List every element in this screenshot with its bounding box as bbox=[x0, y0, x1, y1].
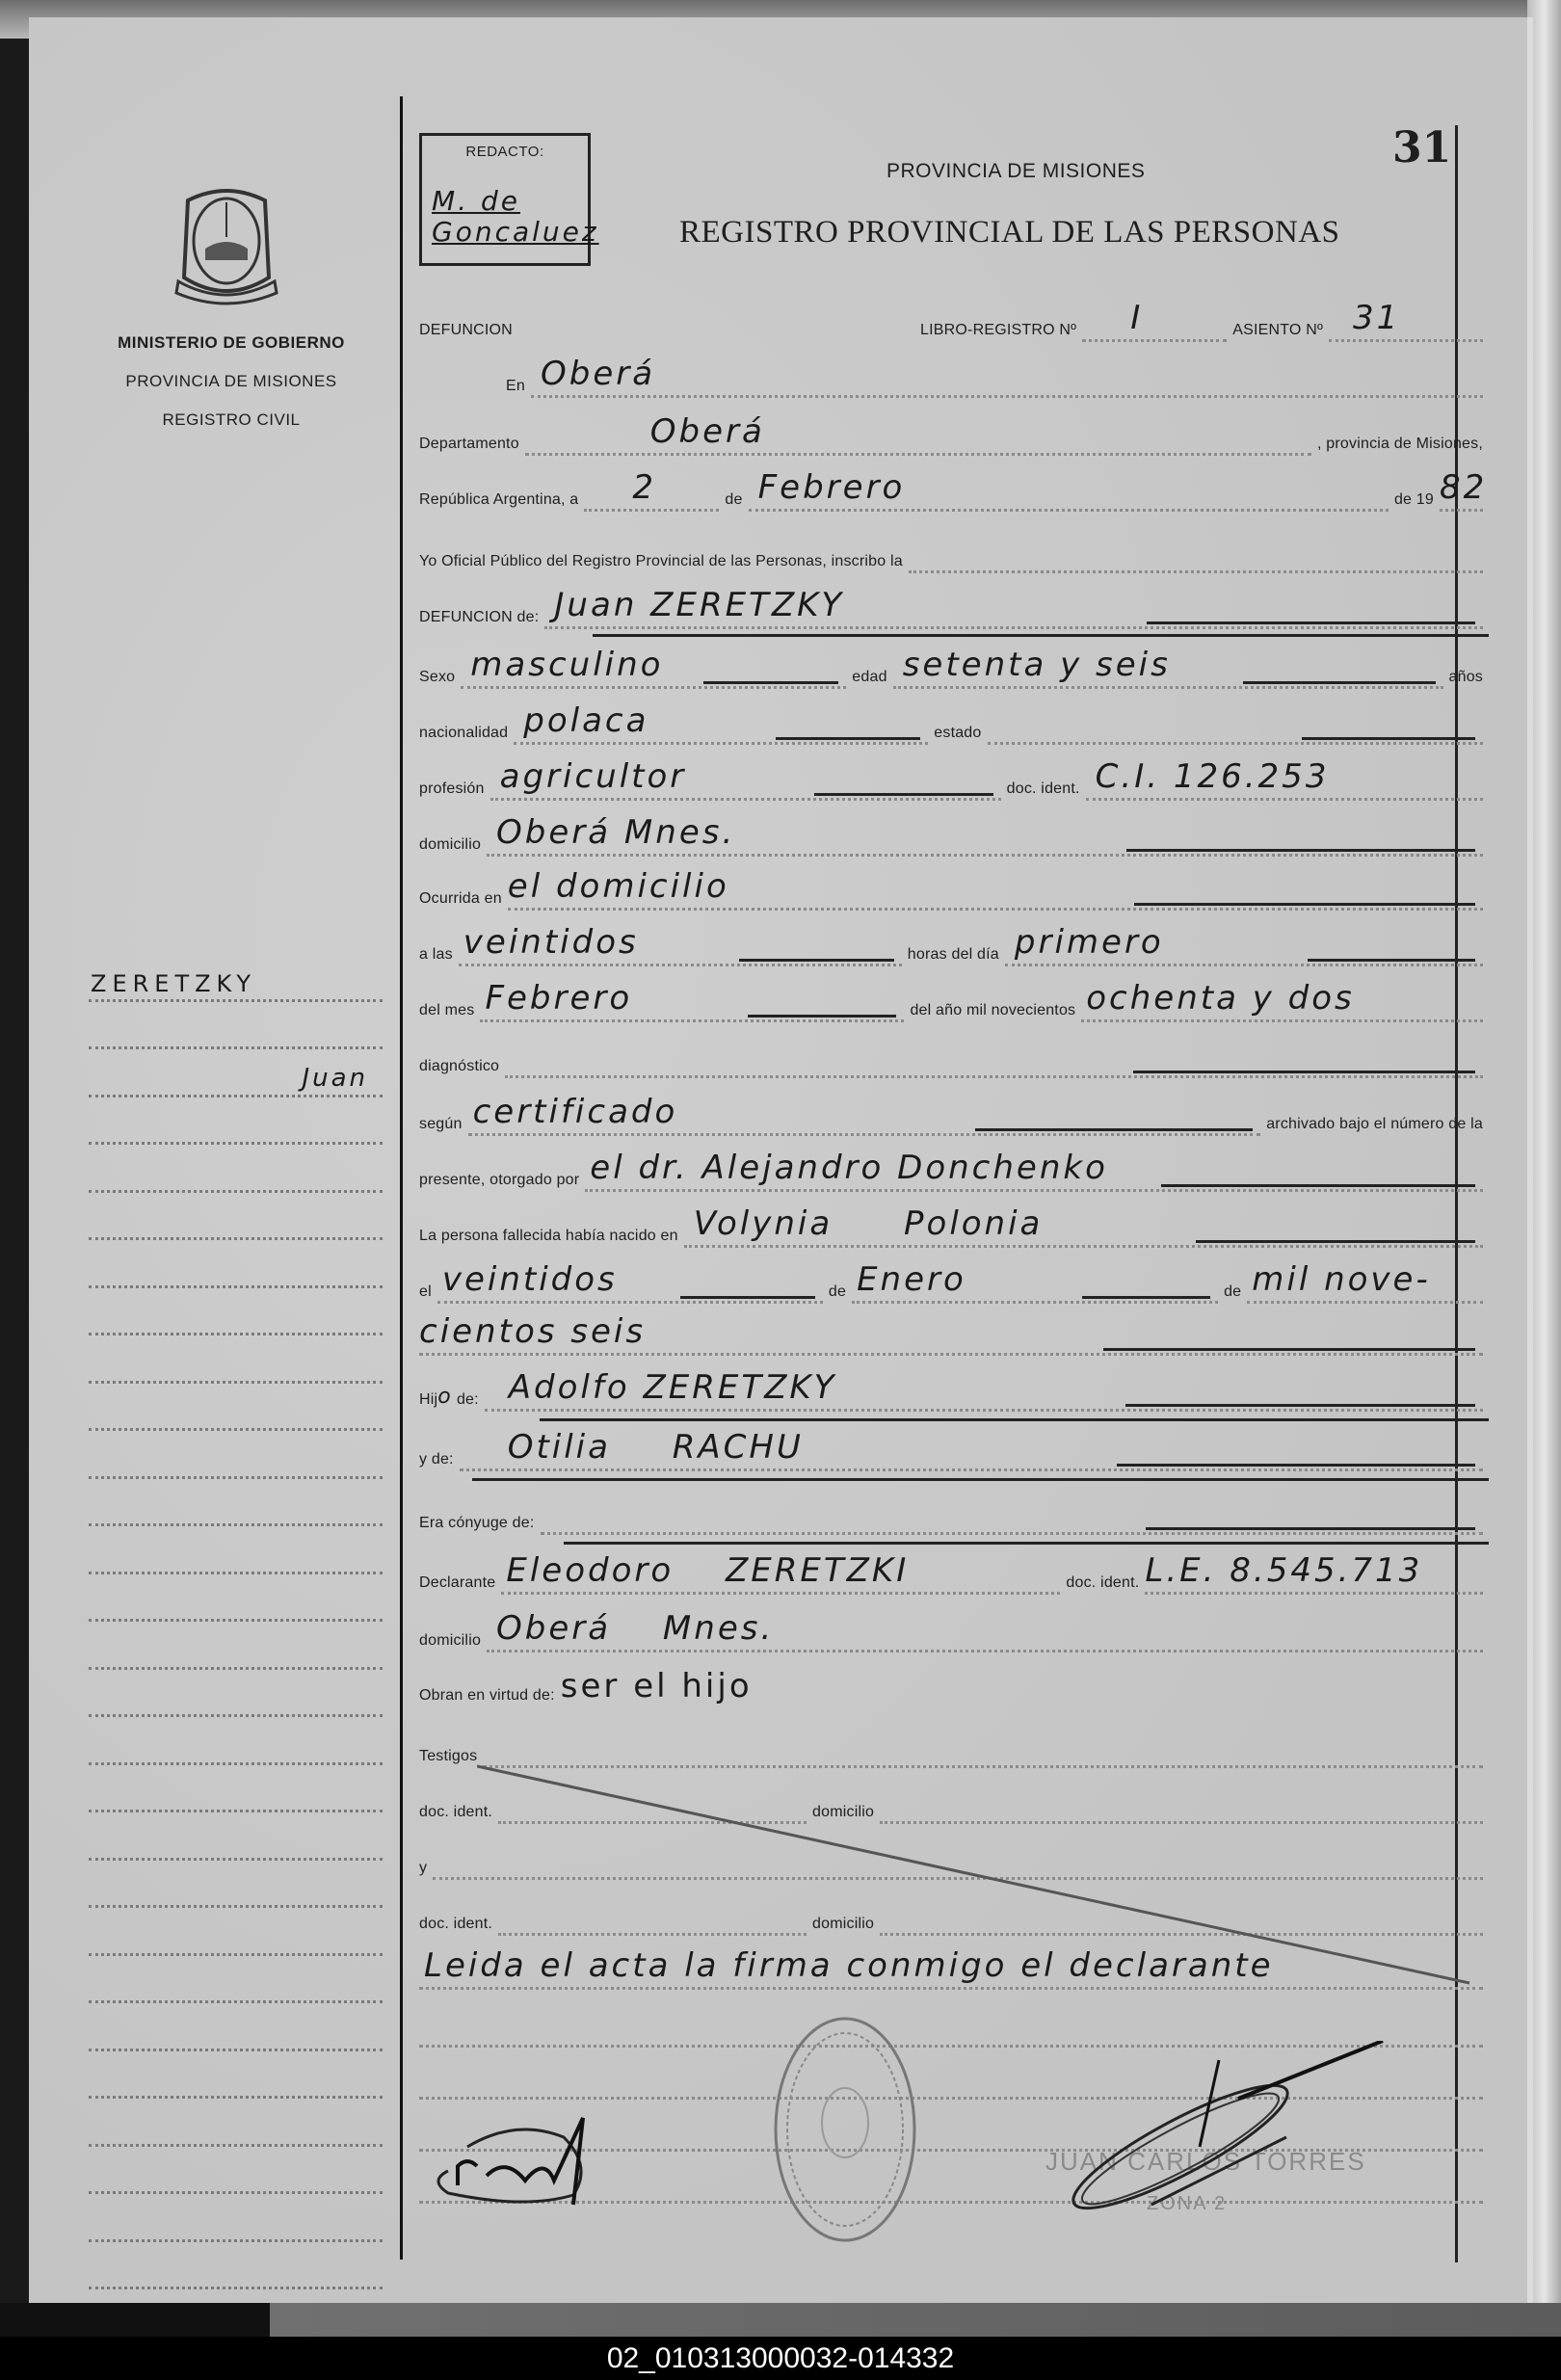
de-label-2: de bbox=[829, 1283, 846, 1304]
declarante-domicilio-label: domicilio bbox=[419, 1632, 481, 1653]
row-closing: Leida el acta la firma conmigo el declar… bbox=[419, 1954, 1489, 1990]
row-padre: Hij o de: Adolfo ZERETZKY bbox=[419, 1376, 1489, 1412]
margin-notes: ZERETZKY Juan bbox=[89, 954, 383, 2289]
margin-line bbox=[89, 1526, 383, 1574]
double-rule bbox=[540, 1418, 1489, 1421]
register-page: MINISTERIO DE GOBIERNO PROVINCIA DE MISI… bbox=[29, 17, 1533, 2309]
declarante-label: Declarante bbox=[419, 1574, 495, 1595]
row-nacimiento-ano-cont: cientos seis bbox=[419, 1320, 1489, 1356]
double-rule bbox=[564, 1542, 1489, 1545]
ministry-name: MINISTERIO DE GOBIERNO bbox=[87, 324, 376, 362]
redacto-label: REDACTO: bbox=[422, 144, 588, 160]
margin-line bbox=[89, 1193, 383, 1241]
obran-label: Obran en virtud de: bbox=[419, 1687, 555, 1707]
hijo-label: Hij bbox=[419, 1391, 437, 1412]
margin-line bbox=[89, 1670, 383, 1718]
madre-field[interactable]: Otilia RACHU bbox=[460, 1436, 1483, 1471]
row-madre: y de: Otilia RACHU bbox=[419, 1436, 1489, 1471]
de-label-3: de bbox=[1224, 1283, 1241, 1304]
profesion-label: profesión bbox=[419, 780, 485, 801]
doc-ident-field[interactable]: C.I. 126.253 bbox=[1086, 765, 1483, 801]
intro-text: Yo Oficial Público del Registro Provinci… bbox=[419, 553, 903, 573]
row-fecha: República Argentina, a 2 de Febrero de 1… bbox=[419, 476, 1489, 512]
sexo-label: Sexo bbox=[419, 669, 455, 689]
asiento-label: ASIENTO Nº bbox=[1232, 322, 1323, 342]
margin-given-name: Juan bbox=[302, 1064, 368, 1093]
declarante-doc-field[interactable]: L.E. 8.545.713 bbox=[1145, 1559, 1483, 1595]
y-label: y bbox=[419, 1860, 427, 1880]
hora-field[interactable]: veintidos bbox=[459, 931, 902, 966]
edad-label: edad bbox=[852, 669, 886, 689]
redacto-box: REDACTO: M. de Goncaluez bbox=[419, 133, 591, 266]
domicilio-label: domicilio bbox=[419, 836, 481, 857]
month-field[interactable]: Febrero bbox=[749, 476, 1389, 512]
ocurrida-label: Ocurrida en bbox=[419, 890, 502, 911]
margin-line bbox=[89, 1861, 383, 1909]
profesion-field[interactable]: agricultor bbox=[490, 765, 1001, 801]
declarante-domicilio-field[interactable]: Oberá Mnes. bbox=[487, 1617, 1483, 1653]
row-departamento: Departamento Oberá , provincia de Mision… bbox=[419, 420, 1489, 456]
page-number: 31 bbox=[1392, 123, 1451, 172]
coat-of-arms-icon bbox=[169, 181, 284, 306]
margin-line bbox=[89, 2242, 383, 2290]
a-las-label: a las bbox=[419, 946, 453, 966]
day-field[interactable]: 2 bbox=[584, 476, 719, 512]
image-id-footer: 02_010313000032-014332 bbox=[0, 2337, 1561, 2380]
ministry-block: MINISTERIO DE GOBIERNO PROVINCIA DE MISI… bbox=[87, 324, 376, 439]
edad-field[interactable]: setenta y seis bbox=[893, 653, 1443, 689]
ano-field[interactable]: ochenta y dos bbox=[1081, 987, 1483, 1022]
hijo-de-label: de: bbox=[457, 1391, 479, 1412]
official-seal-icon bbox=[768, 2012, 922, 2248]
libro-label: LIBRO-REGISTRO Nº bbox=[920, 322, 1076, 342]
nacionalidad-field[interactable]: polaca bbox=[514, 709, 928, 745]
nac-dia-field[interactable]: veintidos bbox=[437, 1268, 823, 1304]
margin-line bbox=[89, 2099, 383, 2147]
declarante-doc-label: doc. ident. bbox=[1066, 1574, 1139, 1595]
row-defuncion-de: DEFUNCION de: Juan ZERETZKY bbox=[419, 594, 1489, 629]
de-label: de bbox=[725, 491, 742, 512]
margin-line bbox=[89, 2003, 383, 2051]
departamento-label: Departamento bbox=[419, 436, 519, 456]
dia-field[interactable]: primero bbox=[1005, 931, 1483, 966]
padre-field[interactable]: Adolfo ZERETZKY bbox=[485, 1376, 1483, 1412]
declarant-signature-icon bbox=[429, 2089, 612, 2214]
row-nacido-en: La persona fallecida había nacido en Vol… bbox=[419, 1212, 1489, 1248]
row-conyuge: Era cónyuge de: bbox=[419, 1499, 1489, 1535]
libro-field[interactable]: I bbox=[1082, 306, 1227, 342]
row-presente: presente, otorgado por el dr. Alejandro … bbox=[419, 1156, 1489, 1192]
mes-field[interactable]: Febrero bbox=[480, 987, 904, 1022]
intro-dotted-line bbox=[909, 538, 1483, 573]
margin-line bbox=[89, 1240, 383, 1288]
death-record-form: REDACTO: M. de Goncaluez PROVINCIA DE MI… bbox=[419, 17, 1489, 2309]
nacionalidad-label: nacionalidad bbox=[419, 725, 508, 745]
nacido-en-label: La persona fallecida había nacido en bbox=[419, 1228, 678, 1248]
row-nacimiento-fecha: el veintidos de Enero de mil nove- bbox=[419, 1268, 1489, 1304]
row-obran: Obran en virtud de: ser el hijo bbox=[419, 1675, 1489, 1707]
year-prefix: de 19 bbox=[1394, 491, 1434, 512]
margin-line bbox=[89, 1717, 383, 1765]
estado-field[interactable] bbox=[988, 709, 1483, 745]
act-type-label: DEFUNCION bbox=[419, 322, 513, 342]
margin-line bbox=[89, 1431, 383, 1479]
estado-label: estado bbox=[934, 725, 981, 745]
domicilio-field[interactable]: Oberá Mnes. bbox=[487, 821, 1483, 857]
row-libro: DEFUNCION LIBRO-REGISTRO Nº I ASIENTO Nº… bbox=[419, 306, 1489, 342]
segun-label: según bbox=[419, 1116, 463, 1136]
official-signature-icon bbox=[1017, 2041, 1402, 2214]
margin-line bbox=[89, 1145, 383, 1193]
closing-field[interactable]: Leida el acta la firma conmigo el declar… bbox=[419, 1954, 1483, 1990]
margin-line bbox=[89, 1384, 383, 1432]
defuncion-de-label: DEFUNCION de: bbox=[419, 609, 539, 629]
del-mes-label: del mes bbox=[419, 1002, 474, 1022]
margin-line bbox=[89, 2194, 383, 2242]
sexo-field[interactable]: masculino bbox=[461, 653, 846, 689]
hijo-suffix: o bbox=[437, 1385, 451, 1412]
anos-label: años bbox=[1449, 669, 1484, 689]
row-mes-ano: del mes Febrero del año mil novecientos … bbox=[419, 987, 1489, 1022]
row-intro: Yo Oficial Público del Registro Provinci… bbox=[419, 538, 1489, 573]
conyuge-field[interactable] bbox=[541, 1499, 1483, 1535]
row-diagnostico: diagnóstico bbox=[419, 1043, 1489, 1078]
row-domicilio: domicilio Oberá Mnes. bbox=[419, 821, 1489, 857]
provincia-suffix: , provincia de Misiones, bbox=[1317, 436, 1483, 456]
year-field[interactable]: 82 bbox=[1440, 476, 1483, 512]
nac-ano-field[interactable]: mil nove- bbox=[1247, 1268, 1483, 1304]
row-en: En Oberá bbox=[419, 362, 1489, 398]
conyuge-label: Era cónyuge de: bbox=[419, 1515, 535, 1535]
nac-mes-field[interactable]: Enero bbox=[852, 1268, 1218, 1304]
registry-title: REGISTRO PROVINCIAL DE LAS PERSONAS bbox=[679, 215, 1340, 251]
y-de-label: y de: bbox=[419, 1451, 454, 1471]
testigos-label: Testigos bbox=[419, 1748, 477, 1768]
row-ocurrida: Ocurrida en el domicilio bbox=[419, 875, 1489, 911]
row-nacionalidad: nacionalidad polaca estado bbox=[419, 709, 1489, 745]
republica-label: República Argentina, a bbox=[419, 491, 578, 512]
presente-field[interactable]: el dr. Alejandro Donchenko bbox=[585, 1156, 1483, 1192]
horas-del-dia-label: horas del día bbox=[908, 946, 999, 966]
diagnostico-field[interactable] bbox=[505, 1043, 1483, 1078]
margin-line bbox=[89, 1956, 383, 2004]
redacto-value: M. de Goncaluez bbox=[432, 186, 599, 248]
column-divider bbox=[400, 96, 403, 2260]
margin-line bbox=[89, 1622, 383, 1670]
margin-line: ZERETZKY bbox=[89, 954, 383, 1002]
el-label: el bbox=[419, 1283, 432, 1304]
double-rule bbox=[593, 634, 1489, 637]
margin-surname: ZERETZKY bbox=[91, 970, 256, 997]
row-profesion: profesión agricultor doc. ident. C.I. 12… bbox=[419, 765, 1489, 801]
nacido-en-field[interactable]: Volynia Polonia bbox=[684, 1212, 1483, 1248]
en-field[interactable]: Oberá bbox=[531, 362, 1483, 398]
province-name: PROVINCIA DE MISIONES bbox=[87, 362, 376, 401]
doc-ident-label: doc. ident. bbox=[1007, 780, 1080, 801]
archivado-label: archivado bajo el número de la bbox=[1266, 1116, 1483, 1136]
declarante-field[interactable]: Eleodoro ZERETZKI bbox=[501, 1559, 1060, 1595]
office-name: REGISTRO CIVIL bbox=[87, 401, 376, 439]
margin-line bbox=[89, 1288, 383, 1336]
en-label: En bbox=[506, 378, 525, 398]
ocurrida-field[interactable]: el domicilio bbox=[508, 875, 1483, 911]
row-segun: según certificado archivado bajo el núme… bbox=[419, 1100, 1489, 1136]
margin-line bbox=[89, 1765, 383, 1813]
margin-line bbox=[89, 2051, 383, 2100]
margin-line bbox=[89, 1479, 383, 1527]
deceased-name-field[interactable]: Juan ZERETZKY bbox=[544, 594, 1483, 629]
segun-field[interactable]: certificado bbox=[468, 1100, 1261, 1136]
province-heading: PROVINCIA DE MISIONES bbox=[886, 160, 1145, 183]
diagnostico-label: diagnóstico bbox=[419, 1058, 499, 1078]
margin-line: Juan bbox=[89, 1049, 383, 1097]
departamento-field[interactable]: Oberá bbox=[525, 420, 1311, 456]
margin-line bbox=[89, 1097, 383, 1146]
margin-line bbox=[89, 1574, 383, 1623]
margin-line bbox=[89, 1002, 383, 1050]
margin-line bbox=[89, 1812, 383, 1861]
presente-label: presente, otorgado por bbox=[419, 1172, 579, 1192]
margin-line bbox=[89, 2147, 383, 2195]
del-ano-label: del año mil novecientos bbox=[910, 1002, 1075, 1022]
obran-field[interactable]: ser el hijo bbox=[561, 1675, 1489, 1707]
nac-ano-cont-field[interactable]: cientos seis bbox=[419, 1320, 1483, 1356]
margin-line bbox=[89, 1335, 383, 1384]
row-hora: a las veintidos horas del día primero bbox=[419, 931, 1489, 966]
margin-line bbox=[89, 1908, 383, 1956]
row-sexo-edad: Sexo masculino edad setenta y seis años bbox=[419, 653, 1489, 689]
double-rule bbox=[472, 1478, 1489, 1481]
row-declarante: Declarante Eleodoro ZERETZKI doc. ident.… bbox=[419, 1559, 1489, 1595]
row-declarante-domicilio: domicilio Oberá Mnes. bbox=[419, 1617, 1489, 1653]
asiento-field[interactable]: 31 bbox=[1329, 306, 1483, 342]
